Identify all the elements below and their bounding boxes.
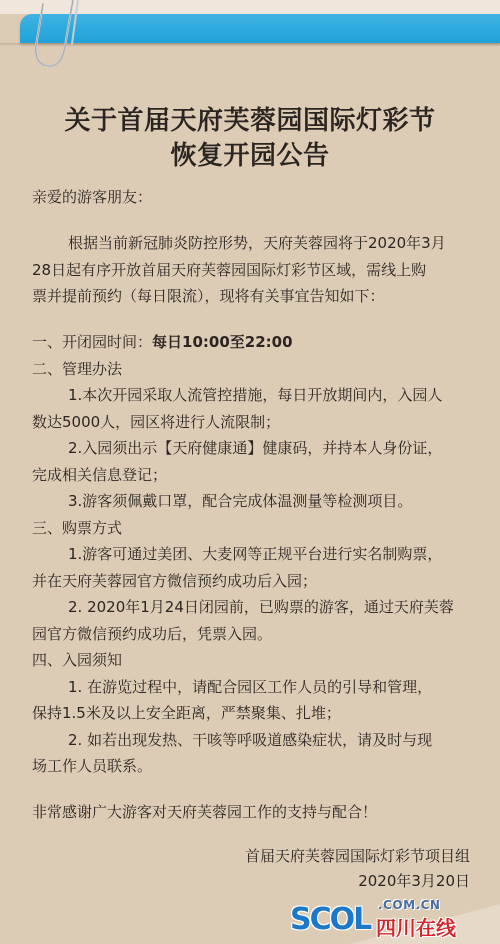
entry-item-1-line-2: 保持1.5米及以上安全距离，严禁聚集、扎堆； <box>32 700 472 727</box>
section-hours-heading: 一、开闭园时间： <box>32 333 152 351</box>
notice-body: 亲爱的游客朋友： 根据当前新冠肺炎防控形势，天府芙蓉园将于2020年3月 28日… <box>32 184 472 826</box>
spacer <box>32 211 472 231</box>
logo-brand: SCOL <box>290 902 370 937</box>
scol-watermark-logo: SCOL .COM.CN 四川在线 <box>290 898 490 938</box>
section-tickets-heading: 三、购票方式 <box>32 515 472 542</box>
management-item-2-line-1: 2.入园须出示【天府健康通】健康码，并持本人身份证， <box>32 435 472 462</box>
intro-line-3: 票并提前预约（每日限流），现将有关事宜告知如下： <box>32 283 472 310</box>
page-title: 关于首届天府芙蓉园国际灯彩节 恢复开园公告 <box>0 104 500 174</box>
spacer <box>32 780 472 800</box>
header-band <box>20 14 500 43</box>
opening-hours-value: 每日10:00至22:00 <box>152 333 293 351</box>
title-line-2: 恢复开园公告 <box>0 139 500 174</box>
intro-line-2: 28日起有序开放首届天府芙蓉园国际灯彩节区域，需线上购 <box>32 257 472 284</box>
entry-item-1-line-1: 1. 在游览过程中，请配合园区工作人员的引导和管理， <box>32 674 472 701</box>
management-item-2-line-2: 完成相关信息登记； <box>32 462 472 489</box>
section-hours: 一、开闭园时间：每日10:00至22:00 <box>32 329 472 356</box>
logo-domain: .COM.CN <box>378 898 440 912</box>
entry-item-2-line-1: 2. 如若出现发热、干咳等呼吸道感染症状，请及时与现 <box>32 727 472 754</box>
intro-line-1: 根据当前新冠肺炎防控形势，天府芙蓉园将于2020年3月 <box>32 230 472 257</box>
signature-date: 2020年3月20日 <box>358 870 470 891</box>
tickets-item-1-line-1: 1.游客可通过美团、大麦网等正规平台进行实名制购票， <box>32 541 472 568</box>
tickets-item-2-line-1: 2. 2020年1月24日闭园前，已购票的游客，通过天府芙蓉 <box>32 594 472 621</box>
paperclip-icon <box>30 0 80 76</box>
spacer <box>32 310 472 330</box>
section-entry-heading: 四、入园须知 <box>32 647 472 674</box>
greeting: 亲爱的游客朋友： <box>32 184 472 211</box>
tickets-item-2-line-2: 园官方微信预约成功后，凭票入园。 <box>32 621 472 648</box>
section-management-heading: 二、管理办法 <box>32 356 472 383</box>
entry-item-2-line-2: 场工作人员联系。 <box>32 753 472 780</box>
tickets-item-1-line-2: 并在天府芙蓉园官方微信预约成功后入园； <box>32 568 472 595</box>
management-item-3: 3.游客须佩戴口罩，配合完成体温测量等检测项目。 <box>32 488 472 515</box>
title-line-1: 关于首届天府芙蓉园国际灯彩节 <box>0 104 500 139</box>
management-item-1-line-2: 数达5000人，园区将进行人流限制； <box>32 409 472 436</box>
logo-name-cn: 四川在线 <box>376 912 456 941</box>
signature-org: 首届天府芙蓉园国际灯彩节项目组 <box>245 845 470 866</box>
thanks-line: 非常感谢广大游客对天府芙蓉园工作的支持与配合！ <box>32 799 472 826</box>
management-item-1-line-1: 1.本次开园采取人流管控措施，每日开放期间内，入园人 <box>32 382 472 409</box>
